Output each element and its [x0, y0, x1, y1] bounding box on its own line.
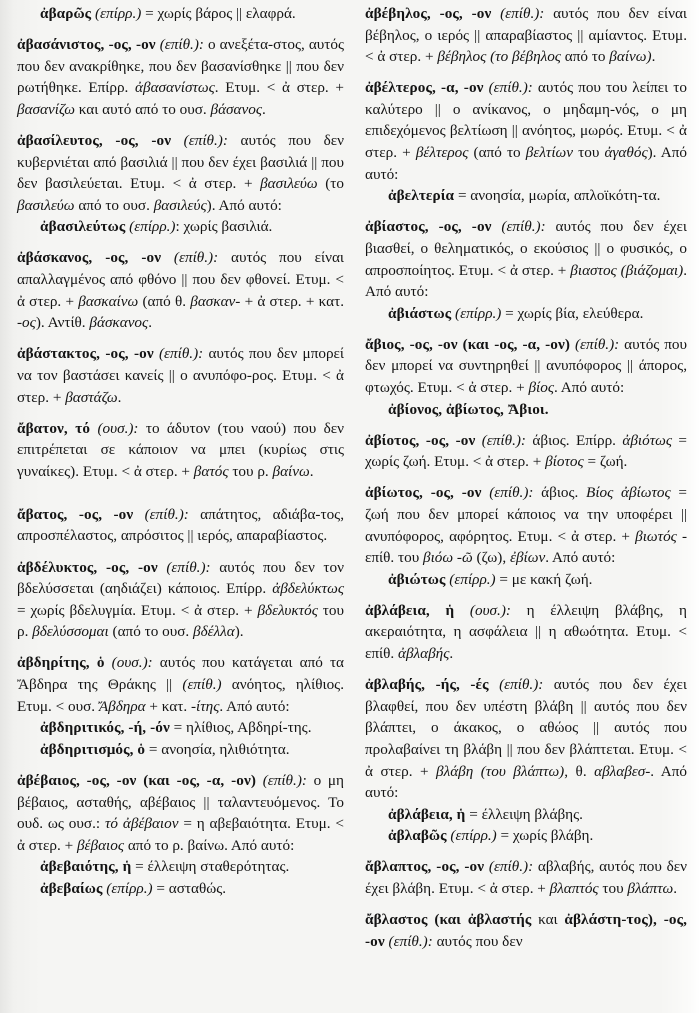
dictionary-entry: ἀβάστακτος, -ος, -ον (επίθ.): αυτός που … — [17, 343, 344, 408]
sub-entry: ἀβλάβεια, ἡ = έλλειψη βλάβης. — [365, 804, 687, 826]
part-of-speech: (επίθ.): — [171, 132, 228, 149]
headword: ἄβατος, -ος, -ον — [17, 506, 133, 523]
italic-term: βατός — [194, 463, 229, 480]
dictionary-entry: ἀβίοτος, -ος, -ον (επίθ.): άβιος. Επίρρ.… — [365, 430, 687, 473]
sub-entry: ἀβιάστως (επίρρ.) = χωρίς βία, ελεύθερα. — [365, 303, 687, 325]
italic-term: αβλαβεσ- — [594, 763, 650, 780]
definition: ). — [235, 623, 244, 640]
sub-entry: ἀβασιλεύτως (επίρρ.): χωρίς βασιλιά. — [17, 216, 344, 238]
italic-term: βασιλεύω — [260, 175, 318, 192]
sub-entry: ἀβιώτως (επίρρ.) = με κακή ζωή. — [365, 569, 687, 591]
italic-term: βασιλεύω — [17, 197, 75, 214]
definition: (από το — [468, 144, 525, 161]
headword: ἀβασιλεύτως — [40, 218, 125, 235]
dictionary-entry: ἄβλαπτος, -ος, -ον (επίθ.): αβλαβής, αυτ… — [365, 856, 687, 899]
dictionary-entry: ἀβέβαιος, -ος, -ον (και -ος, -α, -ον) (ε… — [17, 770, 344, 856]
dictionary-entry: ἀβίαστος, -ος, -ον (επίθ.): αυτός που δε… — [365, 216, 687, 302]
sub-entry: ἀβεβαίως (επίρρ.) = ασταθώς. — [17, 878, 344, 900]
sub-entry: ἀβίονος, ἀβίωτος, Ἄβιοι. — [365, 399, 687, 421]
sub-entry: ἀβεβαιότης, ἡ = έλλειψη σταθερότητας. — [17, 856, 344, 878]
part-of-speech: (επίθ.): — [256, 772, 307, 789]
spacer — [17, 492, 344, 504]
italic-term: ἀβασανίστως — [135, 79, 215, 96]
dictionary-entry: ἀβέβηλος, -ος, -ον (επίθ.): αυτός που δε… — [365, 3, 687, 68]
italic-term: βασανίζω — [17, 101, 75, 118]
italic-term: βιαστος (βιάζομαι) — [570, 262, 683, 279]
italic-term: βαίνω) — [609, 48, 651, 65]
italic-term: βαστάζω — [65, 389, 117, 406]
headword: ἀβεβαίως — [40, 880, 102, 897]
headword: ἄβιος, -ος, -ον (και -ος, -α, -ον) — [365, 336, 570, 353]
definition: . Από αυτό: — [545, 549, 615, 566]
headword: ἀβάσκανος, -ος, -ον — [17, 249, 161, 266]
part-of-speech: (επίθ.): — [492, 218, 546, 235]
part-of-speech: (επίρρ.) — [446, 571, 496, 588]
headword: ἀβίονος, ἀβίωτος, Ἄβιοι. — [388, 401, 549, 418]
dictionary-entry: ἀβίωτος, -ος, -ον (επίθ.): άβιος. Βίος ἀ… — [365, 482, 687, 568]
italic-term: βελτίων — [526, 144, 573, 161]
dictionary-entry: ἀβέλτερος, -α, -ον (επίθ.): αυτός που το… — [365, 77, 687, 185]
headword: ἀβδέλυκτος, -ος, -ον — [17, 559, 158, 576]
dictionary-entry: ἄβατος, -ος, -ον (επίθ.): απάτητος, αδιά… — [17, 504, 344, 547]
italic-term: ἀβιότως — [622, 432, 672, 449]
italic-term: βάσανος — [211, 101, 263, 118]
definition: του — [599, 880, 628, 897]
definition: (ζω), — [473, 549, 510, 566]
definition: + ἀ στερ. + κατ. — [240, 293, 344, 310]
part-of-speech: (επίθ.): — [482, 484, 534, 501]
headword: ἀβδηρίτης, ὁ — [17, 654, 105, 671]
headword: ἀβίωτος, -ος, -ον — [365, 484, 482, 501]
dictionary-entry: ἀβδέλυκτος, -ος, -ον (επίθ.): αυτός που … — [17, 557, 344, 643]
definition: ). Από αυτό: — [207, 197, 282, 214]
definition: = ζωή. — [584, 453, 628, 470]
italic-term: (επίθ.) — [182, 676, 221, 693]
part-of-speech: (επίθ.): — [385, 933, 433, 950]
definition: (από το ουσ. — [109, 623, 193, 640]
part-of-speech: (επίθ.): — [156, 36, 204, 53]
definition: = ανοησία, ηλιθιότητα. — [145, 741, 289, 758]
italic-term: βλάβη (του βλάπτω) — [436, 763, 564, 780]
definition: άβιος. Επίρρ. — [526, 432, 622, 449]
definition: . — [118, 389, 122, 406]
italic-term: βαίνω — [273, 463, 310, 480]
part-of-speech: (ουσ.): — [90, 420, 138, 437]
definition: (από θ. — [138, 293, 190, 310]
dictionary-page: ἀβαρῶς (επίρρ.) = χωρίς βάρος || ελαφρά.… — [0, 0, 700, 1013]
sub-entry: ἀβδηριτισμός, ὁ = ανοησία, ηλιθιότητα. — [17, 739, 344, 761]
definition: = ασταθώς. — [153, 880, 226, 897]
italic-term: τό ἀβέβαιον — [105, 815, 179, 832]
definition: = με κακή ζωή. — [496, 571, 593, 588]
italic-term: βίοτος — [545, 453, 584, 470]
dictionary-entry: ἄβατον, τό (ουσ.): το άδυτον (του ναού) … — [17, 418, 344, 483]
definition: του — [573, 144, 604, 161]
headword: ἀβελτερία — [388, 187, 454, 204]
dictionary-entry: ἀβάσκανος, -ος, -ον (επίθ.): αυτός που ε… — [17, 247, 344, 333]
headword: ἀβλαστής — [468, 911, 532, 928]
part-of-speech: (επίρρ.) — [447, 827, 497, 844]
headword: ἀβίαστος, -ος, -ον — [365, 218, 492, 235]
headword: ἀβασάνιστος, -ος, -ον — [17, 36, 156, 53]
headword: ἀβδηριτισμός, ὁ — [40, 741, 145, 758]
definition: ). Αντίθ. — [36, 314, 90, 331]
dictionary-entry: ἀβασίλευτος, -ος, -ον (επίθ.): αυτός που… — [17, 130, 344, 216]
italic-term: βασκαν- — [190, 293, 240, 310]
headword: ἀβέλτερος, -α, -ον — [365, 79, 484, 96]
italic-term: βέβαιος — [77, 837, 124, 854]
italic-term: Βίος ἀβίωτος — [586, 484, 671, 501]
definition: . Από αυτό: — [219, 698, 289, 715]
definition: από το ρ. βαίνω. Από αυτό: — [124, 837, 294, 854]
headword: ἄβλαπτος, -ος, -ον — [365, 858, 484, 875]
definition: = ηλίθιος, Αβδηρί-της. — [170, 719, 312, 736]
headword: ἀβαρῶς — [40, 5, 91, 22]
headword: ἀβασίλευτος, -ος, -ον — [17, 132, 171, 149]
italic-term: βέβηλος (το βέβηλος — [437, 48, 561, 65]
headword-connector: (και — [427, 911, 467, 928]
definition: = χωρίς βία, ελεύθερα. — [501, 305, 643, 322]
sub-entry: ἀβλαβῶς (επίρρ.) = χωρίς βλάβη. — [365, 825, 687, 847]
italic-term: βίος — [528, 379, 554, 396]
italic-term: ἀγαθός — [604, 144, 647, 161]
definition: αυτός που δεν — [433, 933, 523, 950]
headword: ἀβιάστως — [388, 305, 451, 322]
sub-entry: ἀβαρῶς (επίρρ.) = χωρίς βάρος || ελαφρά. — [17, 3, 344, 25]
sub-entry: ἀβελτερία = ανοησία, μωρία, απλοϊκότη-τα… — [365, 185, 687, 207]
definition: : χωρίς βασιλιά. — [175, 218, 272, 235]
italic-term: ἀβδελύκτως — [272, 580, 344, 597]
headword: ἀβλάβεια, ἡ — [365, 602, 454, 619]
dictionary-entry: ἄβλαστος (και ἀβλαστής και ἀβλάστη-τος),… — [365, 909, 687, 952]
part-of-speech: (επίθ.): — [484, 858, 533, 875]
headword: ἀβιώτως — [388, 571, 446, 588]
headword: ἀβλάβεια, ἡ — [388, 806, 465, 823]
headword: ἄβλαστος — [365, 911, 427, 928]
part-of-speech: (ουσ.): — [105, 654, 153, 671]
headword: ἀβάστακτος, -ος, -ον — [17, 345, 154, 362]
dictionary-entry: ἀβασάνιστος, -ος, -ον (επίθ.): ο ανεξέτα… — [17, 34, 344, 120]
definition: . Ετυμ. < ἀ στερ. + — [215, 79, 344, 96]
headword: ἀβεβαιότης, ἡ — [40, 858, 131, 875]
definition: = χωρίς βδελυγμία. Ετυμ. < ἀ στερ. + — [17, 602, 257, 619]
part-of-speech: (επίρρ.) — [125, 218, 175, 235]
definition: + κατ. — [146, 698, 191, 715]
italic-term: βασιλεύς — [154, 197, 207, 214]
definition: του ρ. — [229, 463, 273, 480]
dictionary-entry: ἄβιος, -ος, -ον (και -ος, -α, -ον) (επίθ… — [365, 334, 687, 399]
part-of-speech: (επίθ.): — [133, 506, 189, 523]
italic-term: βιωτός — [635, 528, 677, 545]
dictionary-entry: ἀβλαβής, -ής, -ές (επίθ.): αυτός που δεν… — [365, 674, 687, 804]
italic-term: βδελύσσομαι — [32, 623, 109, 640]
italic-term: -ος — [17, 314, 36, 331]
italic-term: Ἄβδηρα — [99, 698, 146, 715]
italic-term: βιόω -ῶ — [423, 549, 473, 566]
definition: . — [262, 101, 266, 118]
definition: . — [652, 48, 656, 65]
part-of-speech: (ουσ.): — [454, 602, 511, 619]
definition: . — [148, 314, 152, 331]
definition: και αυτό από το ουσ. — [75, 101, 211, 118]
part-of-speech: (επίθ.): — [158, 559, 211, 576]
definition: από το — [561, 48, 609, 65]
italic-term: βασκαίνω — [78, 293, 138, 310]
italic-term: ἀβλαβής — [398, 645, 449, 662]
dictionary-entry: ἀβλάβεια, ἡ (ουσ.): η έλλειψη βλάβης, η … — [365, 600, 687, 665]
definition: = ανοησία, μωρία, απλοϊκότη-τα. — [454, 187, 660, 204]
definition: από το ουσ. — [75, 197, 154, 214]
italic-term: βδέλλα — [193, 623, 235, 640]
italic-term: βλάπτω — [627, 880, 673, 897]
italic-term: -ίτης — [191, 698, 219, 715]
right-column: ἀβέβηλος, -ος, -ον (επίθ.): αυτός που δε… — [365, 0, 687, 962]
italic-term: βλαπτός — [550, 880, 599, 897]
headword: ἀβίοτος, -ος, -ον — [365, 432, 475, 449]
definition: (το — [318, 175, 344, 192]
part-of-speech: (επίθ.): — [570, 336, 619, 353]
headword: ἀβέβαιος, -ος, -ον (και -ος, -α, -ον) — [17, 772, 256, 789]
definition: . — [449, 645, 453, 662]
definition: . Από αυτό: — [554, 379, 624, 396]
definition: . — [673, 880, 677, 897]
part-of-speech: (επίθ.): — [484, 79, 533, 96]
italic-term: βάσκανος — [89, 314, 148, 331]
part-of-speech: (επίρρ.) — [102, 880, 152, 897]
definition: . — [310, 463, 314, 480]
definition: άβιος. — [533, 484, 586, 501]
definition: = χωρίς βλάβη. — [497, 827, 594, 844]
headword-connector: και — [531, 911, 564, 928]
italic-term: βέλτερος — [416, 144, 469, 161]
part-of-speech: (επίθ.): — [154, 345, 204, 362]
definition: , θ. — [564, 763, 594, 780]
headword: ἀβέβηλος, -ος, -ον — [365, 5, 491, 22]
sub-entry: ἀβδηριτικός, -ή, -όν = ηλίθιος, Αβδηρί-τ… — [17, 717, 344, 739]
part-of-speech: (επίθ.): — [475, 432, 526, 449]
headword: ἀβδηριτικός, -ή, -όν — [40, 719, 170, 736]
headword: ἀβλαβῶς — [388, 827, 447, 844]
definition: = έλλειψη σταθερότητας. — [131, 858, 289, 875]
part-of-speech: (επίθ.): — [489, 676, 544, 693]
left-column: ἀβαρῶς (επίρρ.) = χωρίς βάρος || ελαφρά.… — [17, 0, 344, 899]
headword: ἄβατον, τό — [17, 420, 90, 437]
dictionary-entry: ἀβδηρίτης, ὁ (ουσ.): αυτός που κατάγεται… — [17, 652, 344, 717]
headword: ἀβλαβής, -ής, -ές — [365, 676, 489, 693]
part-of-speech: (επίρρ.) — [451, 305, 501, 322]
part-of-speech: (επίθ.): — [161, 249, 218, 266]
italic-term: βδελυκτός — [257, 602, 317, 619]
definition: = έλλειψη βλάβης. — [465, 806, 583, 823]
definition: = χωρίς βάρος || ελαφρά. — [141, 5, 295, 22]
part-of-speech: (επίρρ.) — [91, 5, 141, 22]
part-of-speech: (επίθ.): — [491, 5, 544, 22]
italic-term: ἐβίων — [510, 549, 545, 566]
